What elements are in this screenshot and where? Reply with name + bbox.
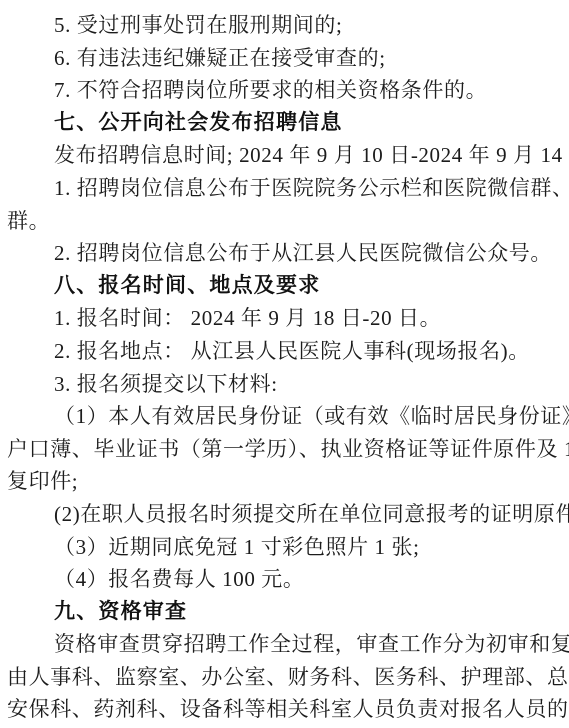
text-line-registration-place: 2. 报名地点： 从江县人民医院人事科(现场报名)。 [7,335,557,368]
section-heading-8-registration: 八、报名时间、地点及要求 [7,270,557,303]
section-heading-7-publish-info: 七、公开向社会发布招聘信息 [7,107,557,140]
text-line-publish-channel-2: 2. 招聘岗位信息公布于从江县人民医院微信公众号。 [7,237,557,270]
document-page: 5. 受过刑事处罚在服刑期间的; 6. 有违法违纪嫌疑正在接受审查的; 7. 不… [0,0,569,728]
text-line-publish-channel-1-cont: 群。 [7,205,557,238]
text-line-disqualify-6: 6. 有违法违纪嫌疑正在接受审查的; [7,42,557,75]
section-heading-9-qualification-review: 九、资格审查 [7,596,557,629]
text-line-publish-time: 发布招聘信息时间; 2024 年 9 月 10 日-2024 年 9 月 14 … [7,139,557,172]
text-line-review-1: 资格审查贯穿招聘工作全过程，审查工作分为初审和复审。 [7,628,557,661]
text-line-material-1-cont-b: 复印件; [7,465,557,498]
text-line-disqualify-5: 5. 受过刑事处罚在服刑期间的; [7,9,557,42]
text-line-material-2: (2)在职人员报名时须提交所在单位同意报考的证明原件; [7,498,557,531]
text-line-materials-intro: 3. 报名须提交以下材料: [7,368,557,401]
text-line-registration-time: 1. 报名时间： 2024 年 9 月 18 日-20 日。 [7,302,557,335]
text-line-disqualify-7: 7. 不符合招聘岗位所要求的相关资格条件的。 [7,74,557,107]
text-line-review-2: 由人事科、监察室、办公室、财务科、医务科、护理部、总务科、 [7,661,557,694]
text-line-material-4: （4）报名费每人 100 元。 [7,563,557,596]
text-line-material-1: （1）本人有效居民身份证（或有效《临时居民身份证》）、 [7,400,557,433]
text-line-material-1-cont-a: 户口薄、毕业证书（第一学历）、执业资格证等证件原件及 1 份 [7,433,557,466]
text-line-material-3: （3）近期同底免冠 1 寸彩色照片 1 张; [7,531,557,564]
text-line-review-3: 安保科、药剂科、设备科等相关科室人员负责对报名人员的资格 [7,693,557,726]
text-line-publish-channel-1: 1. 招聘岗位信息公布于医院院务公示栏和医院微信群、QQ [7,172,557,205]
